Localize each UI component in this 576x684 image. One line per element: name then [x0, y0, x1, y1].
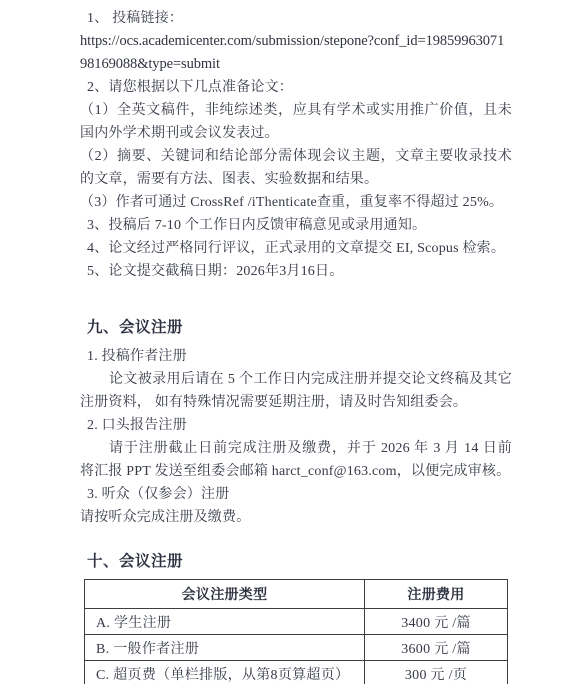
fee-value-cell: 300 元 /页 — [365, 661, 508, 684]
table-row: B. 一般作者注册 3600 元 /篇 — [85, 635, 508, 661]
committee-email-line: 将汇报 PPT 发送至组委会邮箱 harct_conf@163.com，以便完成… — [80, 460, 512, 483]
text-line: 的文章，需要有方法、图表、实验数据和结果。 — [80, 168, 512, 191]
deadline-line: 5、论文提交截稿日期：2026年3月16日。 — [80, 260, 512, 283]
text-line: 论文被录用后请在 5 个工作日内完成注册并提交论文终稿及其它 — [80, 368, 512, 391]
plagiarism-check-line: （3）作者可通过 CrossRef /iThenticate查重，重复率不得超过… — [80, 191, 512, 214]
prepare-paper-label: 2、请您根据以下几点准备论文： — [80, 76, 512, 99]
table-header-row: 会议注册类型 注册费用 — [85, 580, 508, 609]
text-line: 请于注册截止日前完成注册及缴费，并于 2026 年 3 月 14 日前 — [80, 437, 512, 460]
fee-type-cell: C. 超页费（单栏排版，从第8页算超页） — [85, 661, 365, 684]
fee-value-cell: 3400 元 /篇 — [365, 609, 508, 635]
fee-type-cell: B. 一般作者注册 — [85, 635, 365, 661]
section-9-heading: 九、会议注册 — [80, 317, 512, 339]
fee-type-cell: A. 学生注册 — [85, 609, 365, 635]
table-row: C. 超页费（单栏排版，从第8页算超页） 300 元 /页 — [85, 661, 508, 684]
review-feedback-line: 3、投稿后 7-10 个工作日内反馈审稿意见或录用通知。 — [80, 214, 512, 237]
document-page: 1、 投稿链接： https://ocs.academicenter.com/s… — [0, 0, 576, 684]
submission-url-line-1: https://ocs.academicenter.com/submission… — [80, 30, 512, 53]
text-line: 请按听众完成注册及缴费。 — [80, 506, 512, 529]
text-line: 注册资料， 如有特殊情况需要延期注册，请及时告知组委会。 — [80, 391, 512, 414]
text-line: 国内外学术期刊或会议发表过。 — [80, 122, 512, 145]
submission-link-label: 1、 投稿链接： — [80, 7, 512, 30]
document-content: 1、 投稿链接： https://ocs.academicenter.com/s… — [0, 0, 576, 684]
column-header-type: 会议注册类型 — [85, 580, 365, 609]
text-line: （1）全英文稿件，非纯综述类，应具有学术或实用推广价值，且未在 — [80, 99, 512, 122]
text-line: （2）摘要、关键词和结论部分需体现会议主题，文章主要收录技术型 — [80, 145, 512, 168]
author-registration-label: 1. 投稿作者注册 — [80, 345, 512, 368]
table-row: A. 学生注册 3400 元 /篇 — [85, 609, 508, 635]
column-header-fee: 注册费用 — [365, 580, 508, 609]
registration-fee-table: 会议注册类型 注册费用 A. 学生注册 3400 元 /篇 B. 一般作者注册 … — [84, 579, 508, 684]
fee-value-cell: 3600 元 /篇 — [365, 635, 508, 661]
listener-registration-label: 3. 听众（仅参会）注册 — [80, 483, 512, 506]
section-10-heading: 十、会议注册 — [80, 551, 512, 573]
indexing-line: 4、论文经过严格同行评议，正式录用的文章提交 EI, Scopus 检索。 — [80, 237, 512, 260]
oral-registration-label: 2. 口头报告注册 — [80, 414, 512, 437]
submission-url-line-2: 98169088&type=submit — [80, 53, 512, 76]
